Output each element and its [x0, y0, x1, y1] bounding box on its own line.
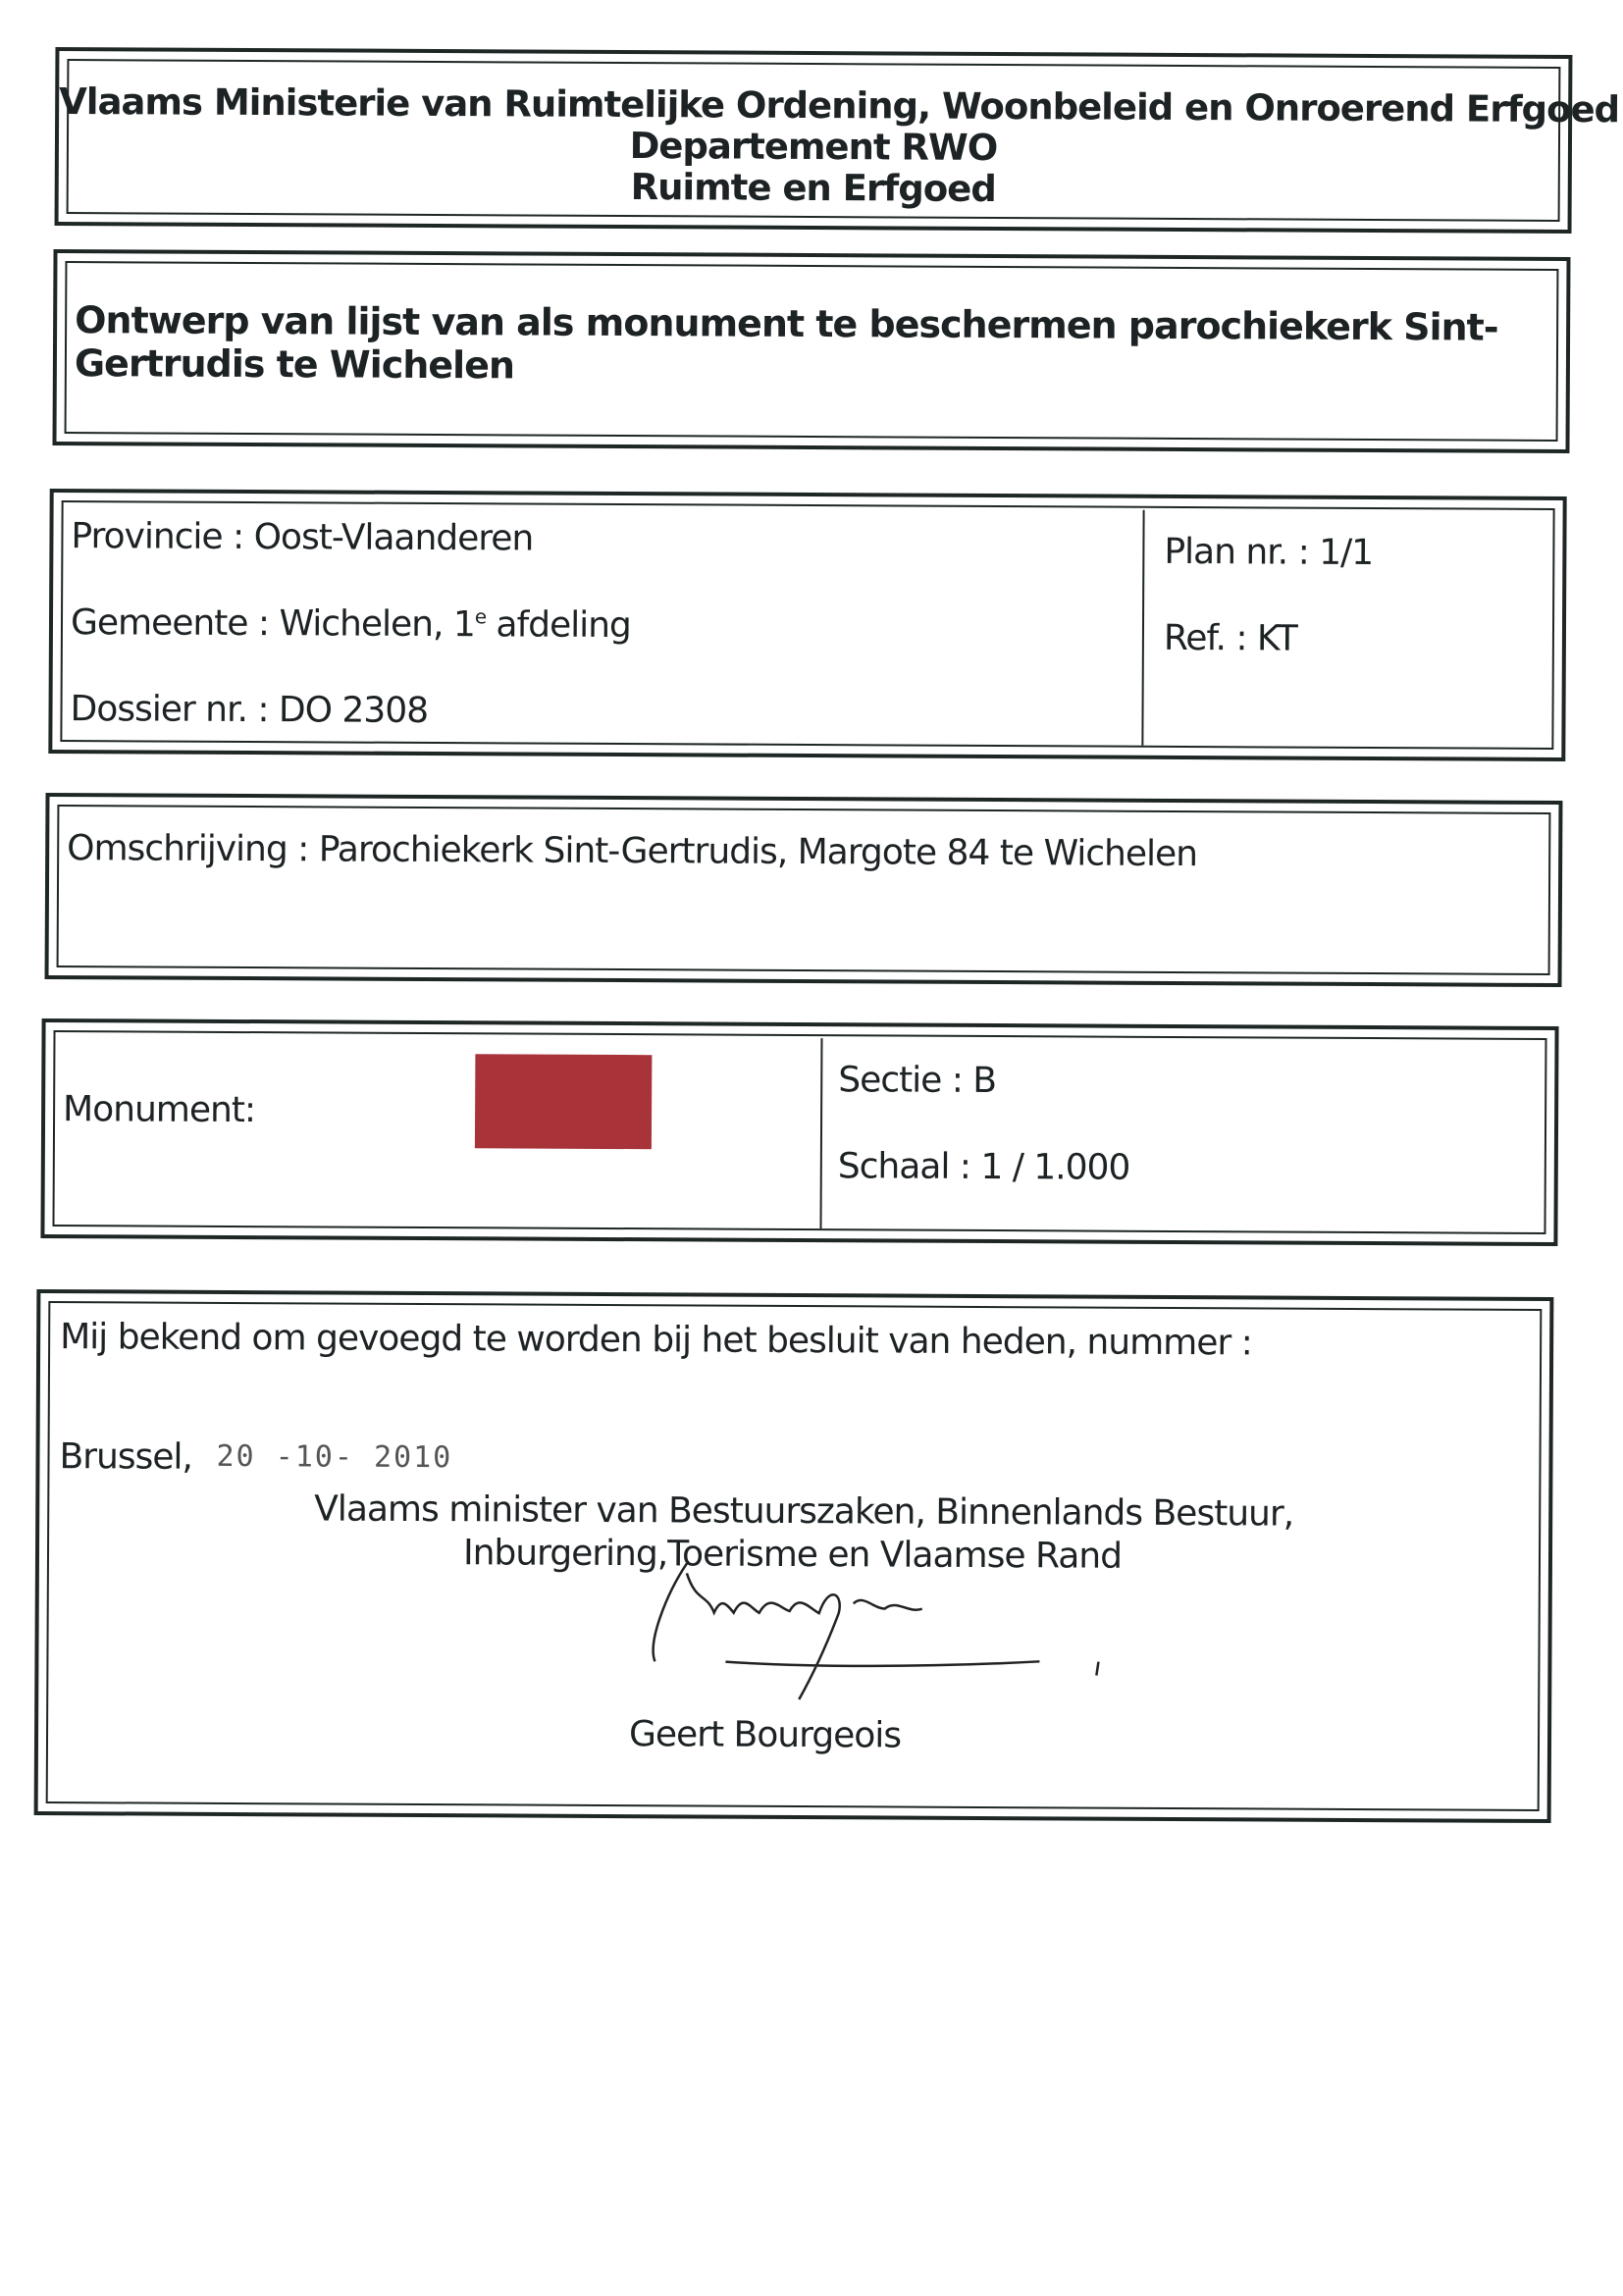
provincie-field: Provincie : Oost-Vlaanderen — [71, 516, 533, 558]
monument-color-swatch — [475, 1054, 653, 1149]
document-title-line2: Gertrudis te Wichelen — [75, 341, 514, 387]
dossier-number-field: Dossier nr. : DO 2308 — [70, 689, 428, 731]
minister-name: Geert Bourgeois — [629, 1714, 901, 1755]
description-text: Omschrijving : Parochiekerk Sint-Gertrud… — [67, 828, 1197, 874]
plan-number-field: Plan nr. : 1/1 — [1164, 532, 1373, 573]
document-title-box: Ontwerp van lijst van als monument te be… — [52, 249, 1570, 453]
signature-box: Mij bekend om gevoegd te worden bij het … — [34, 1289, 1554, 1823]
sectie-field: Sectie : B — [838, 1060, 996, 1101]
monument-label: Monument: — [63, 1089, 255, 1130]
handwritten-signature — [627, 1553, 1138, 1703]
dossier-info-box: Provincie : Oost-Vlaanderen Gemeente : W… — [48, 489, 1566, 761]
place-text: Brussel, — [59, 1436, 192, 1478]
legend-box: Monument: Sectie : B Schaal : 1 / 1.000 — [40, 1018, 1558, 1246]
statement-text: Mij bekend om gevoegd te worden bij het … — [60, 1317, 1252, 1363]
minister-title-line1: Vlaams minister van Bestuurszaken, Binne… — [314, 1488, 1293, 1534]
schaal-field: Schaal : 1 / 1.000 — [838, 1146, 1130, 1188]
division-name: Ruimte en Erfgoed — [59, 163, 1568, 213]
description-box: Omschrijving : Parochiekerk Sint-Gertrud… — [45, 793, 1563, 987]
gemeente-field: Gemeente : Wichelen, 1e afdeling — [71, 602, 631, 646]
ministry-header-box: Vlaams Ministerie van Ruimtelijke Ordeni… — [55, 47, 1573, 234]
date-stamp: 20 -10- 2010 — [216, 1439, 452, 1475]
document-title-line1: Ontwerp van lijst van als monument te be… — [75, 298, 1498, 349]
reference-field: Ref. : KT — [1164, 618, 1297, 659]
